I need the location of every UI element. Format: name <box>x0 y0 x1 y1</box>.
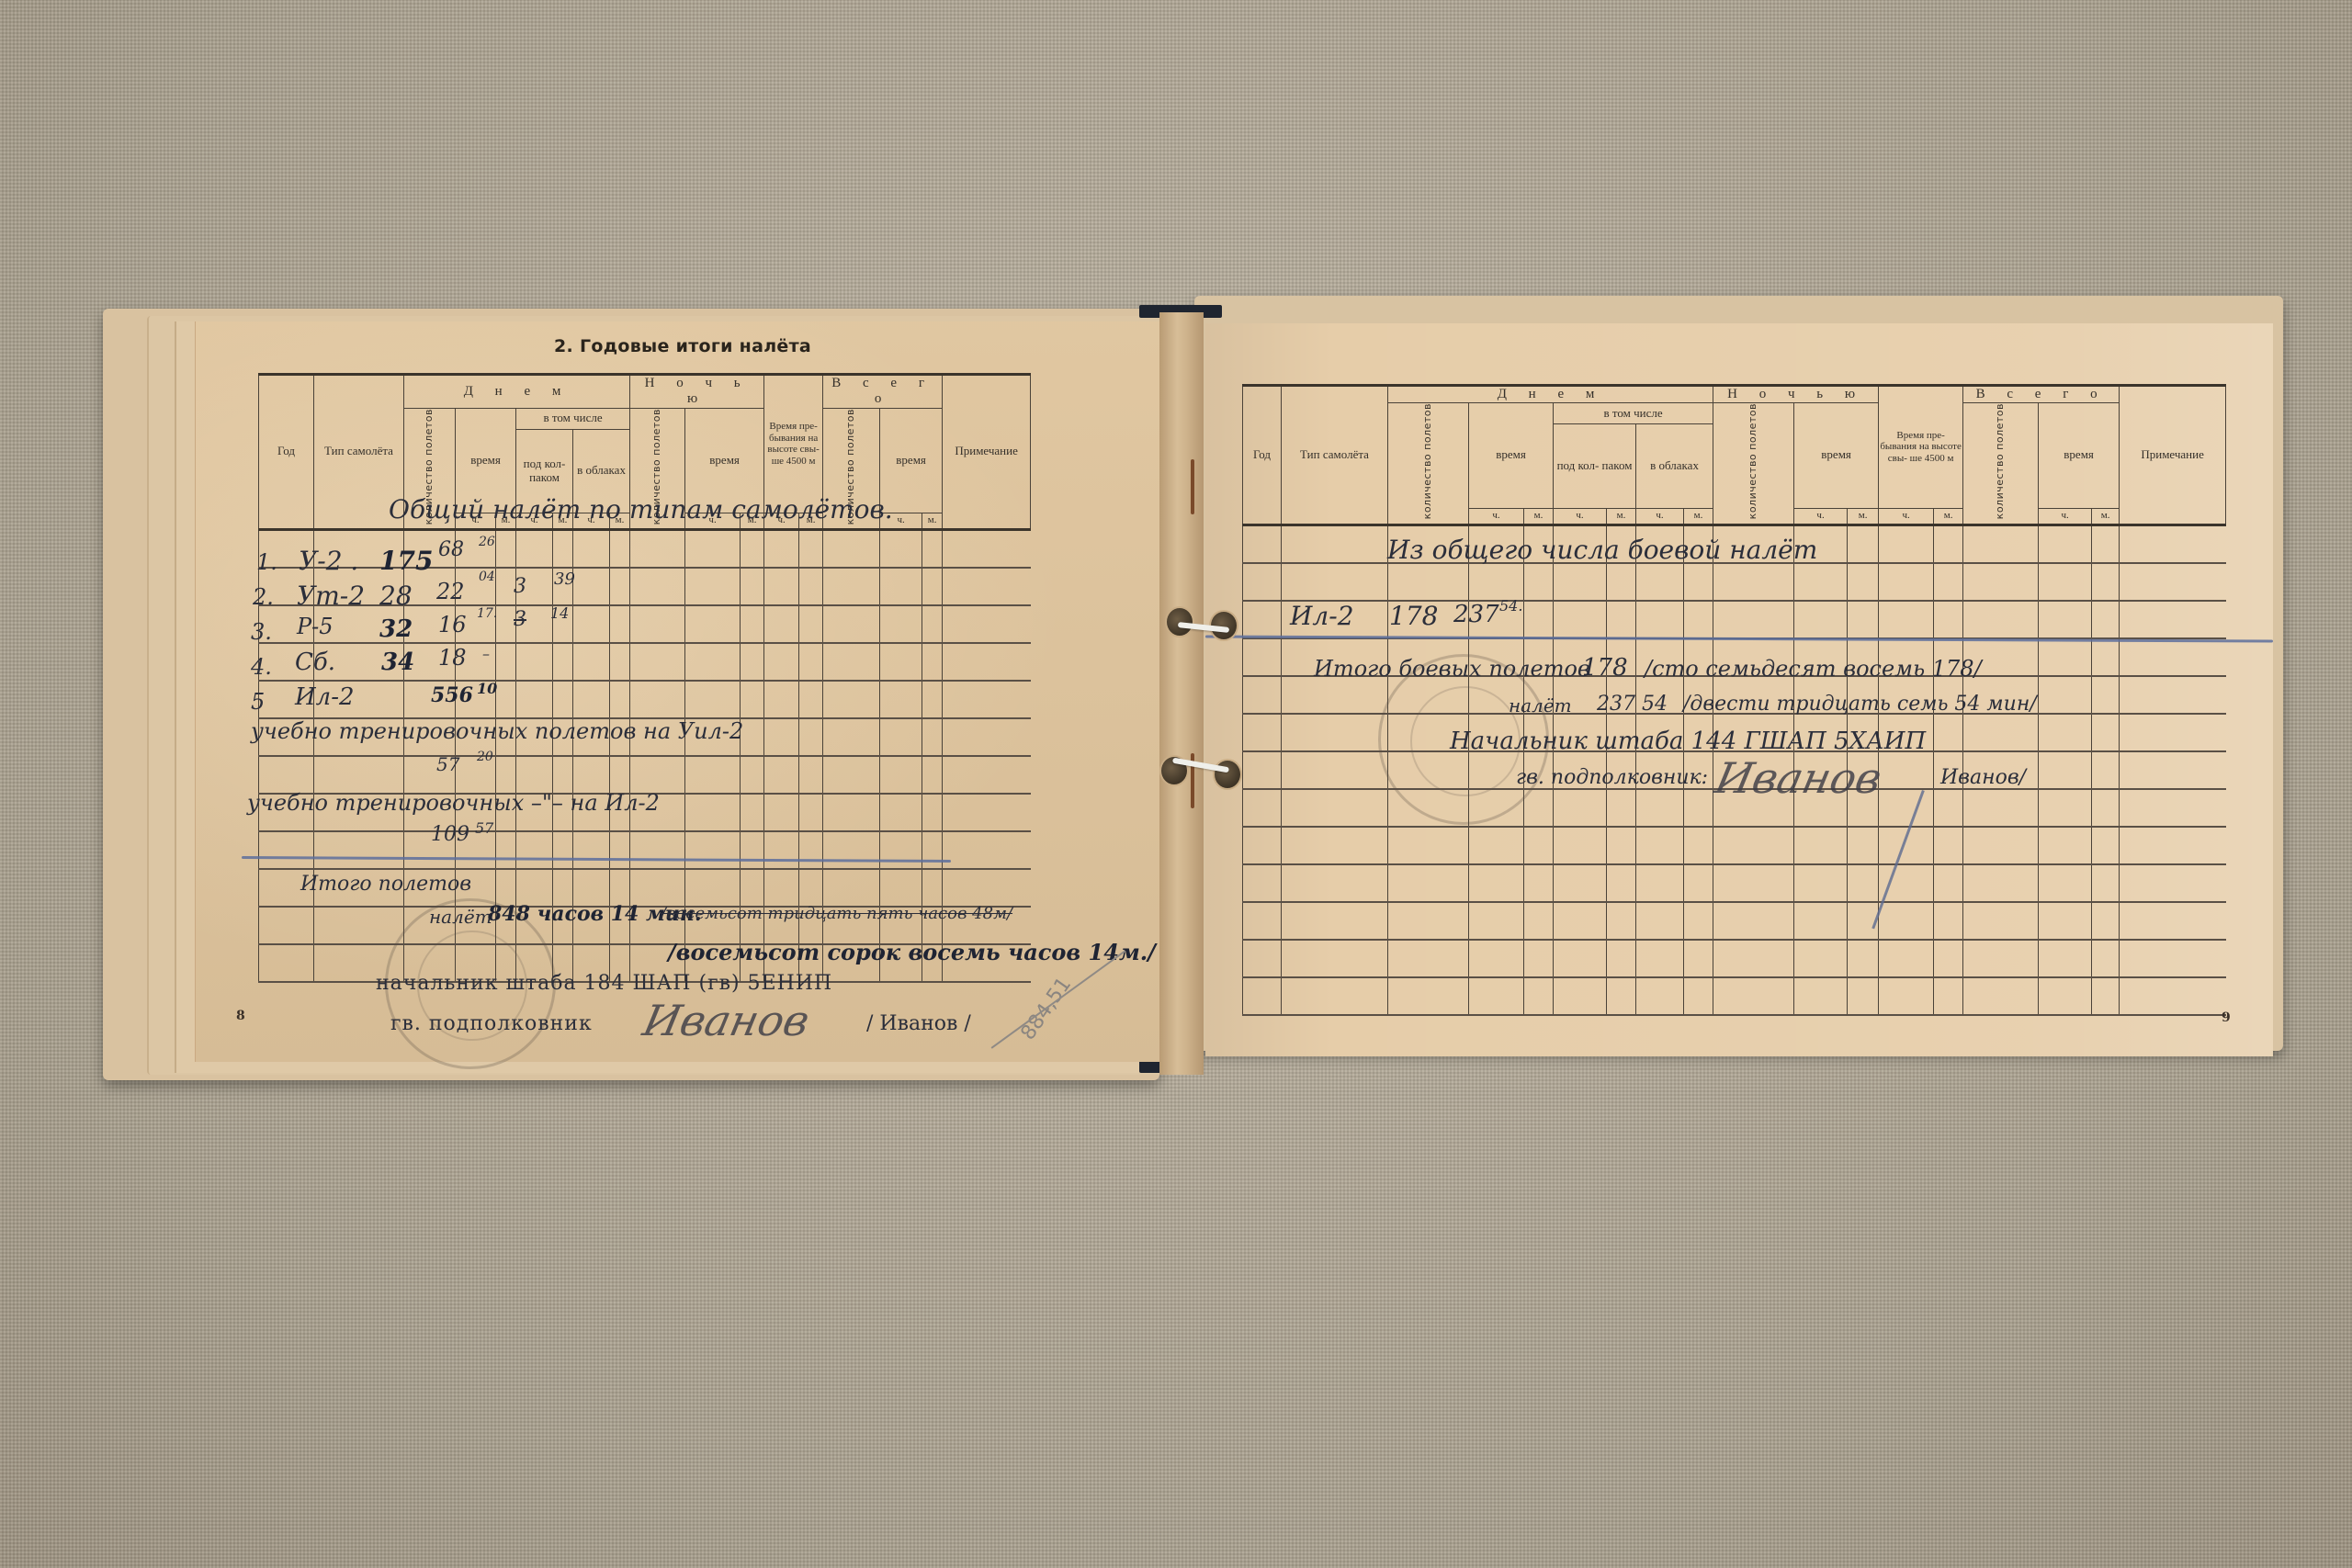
day-minutes: 17. <box>477 606 497 621</box>
signature-name: / Иванов / <box>866 1012 971 1035</box>
page-title: 2. Годовые итоги налёта <box>554 336 811 356</box>
chief-of-staff-line: начальник штаба 184 ШАП (гв) 5ЕНИП <box>376 972 832 995</box>
flight-time-words: /восемьсот сорок восемь часов 14м./ <box>668 939 1156 965</box>
aircraft-type: Ут-2 <box>297 581 365 611</box>
unit-hours: ч. <box>1794 508 1848 525</box>
unit-minutes: м. <box>1684 508 1713 525</box>
spine-gutter <box>1159 312 1204 1075</box>
row-number: 3. <box>251 619 272 645</box>
col-group-night: Н о ч ь ю <box>1713 386 1879 403</box>
col-total-time: время <box>2039 403 2120 508</box>
pencil-sum-note: 884,51 <box>1017 974 1077 1044</box>
aircraft-type: У-2 . <box>299 546 358 576</box>
handwritten-total-label: Итого полетов <box>300 873 471 896</box>
left-page: 2. Годовые итоги налёта Год Тип самолёта… <box>195 321 1170 1062</box>
day-minutes: 26 <box>479 535 495 549</box>
combat-flights-value: 178 <box>1582 654 1628 682</box>
flight-count: 34 <box>381 649 414 676</box>
unit-minutes: м. <box>2092 508 2120 525</box>
training-il2-hours: 109 <box>431 823 469 846</box>
col-altitude-time: Время пре- бывания на высоте свы- ше 450… <box>764 375 823 513</box>
row-number: 2. <box>253 584 274 610</box>
col-altitude-time: Время пре- бывания на высоте свы- ше 450… <box>1879 386 1963 509</box>
combat-flight-time-value: 237 54 <box>1597 693 1668 716</box>
unit-hours: ч. <box>1469 508 1524 525</box>
handwritten-section-heading: Общий налёт по типам самолётов. <box>389 494 893 525</box>
handwritten-section-heading: Из общего числа боевой налёт <box>1387 535 1817 565</box>
combat-flight-time-label: налёт <box>1509 694 1572 716</box>
aircraft-type: Сб. <box>295 649 335 676</box>
unit-minutes: м. <box>1607 508 1636 525</box>
unit-minutes: м. <box>922 513 943 529</box>
day-hours: 68 <box>438 538 464 561</box>
col-group-night: Н о ч ь ю <box>630 375 764 409</box>
unit-hours: ч. <box>1636 508 1684 525</box>
col-group-total: В с е г о <box>1963 386 2120 403</box>
unit-minutes: м. <box>1934 508 1963 525</box>
handwritten-training-il2: учебно тренировочных –"– на Ил-2 <box>247 790 660 816</box>
hood-hours: 3 <box>514 575 526 598</box>
col-day-count: количество полетов <box>1422 403 1434 519</box>
rank-label: гв. подполковник: <box>1516 766 1708 789</box>
col-night-time: время <box>1794 403 1879 508</box>
flight-time-label: налёт <box>429 906 492 928</box>
training-uil2-minutes: 20 <box>477 750 493 764</box>
combat-flights-words: /сто семьдесят восемь 178/ <box>1645 656 1982 682</box>
page-number: 9 <box>2222 1010 2231 1025</box>
training-il2-minutes: 57 <box>475 819 493 837</box>
day-minutes: 10 <box>477 680 497 697</box>
unit-minutes: м. <box>1524 508 1554 525</box>
col-remarks: Примечание <box>2120 386 2226 525</box>
page-number: 8 <box>236 1009 245 1023</box>
unit-hours: ч. <box>1879 508 1934 525</box>
day-hours: 22 <box>436 579 465 604</box>
col-night-count: количество полетов <box>1747 403 1759 519</box>
col-day-time: время <box>1469 403 1554 508</box>
signature: Иванов <box>1711 753 1886 803</box>
combat-flights-label: Итого боевых полетов <box>1314 656 1590 682</box>
right-page: Год Тип самолёта Д н е м Н о ч ь ю Время… <box>1205 323 2273 1056</box>
training-uil2-hours: 57 <box>436 753 459 775</box>
day-hours: 556 <box>431 683 473 707</box>
unit-hours: ч. <box>2039 508 2092 525</box>
day-minutes: 04 <box>479 570 495 584</box>
handwritten-training-uil2: учебно тренировочных полетов на Уил-2 <box>251 718 743 744</box>
flight-count: 175 <box>379 546 433 576</box>
rank-label: гв. подполковник <box>390 1012 593 1035</box>
col-under-hood: под кол- паком <box>1554 424 1636 508</box>
chief-of-staff-line: Начальник штаба 144 ГШАП 5ХАИП <box>1450 728 1926 755</box>
col-aircraft-type: Тип самолёта <box>1282 386 1388 525</box>
binding-hole <box>1213 759 1242 790</box>
col-group-day: Д н е м <box>1388 386 1713 403</box>
day-hours: 18 <box>438 645 467 671</box>
combat-row-minutes: 54. <box>1499 597 1522 615</box>
col-remarks: Примечание <box>943 375 1031 530</box>
aircraft-type: Ил-2 <box>295 683 355 711</box>
combat-flight-time-words: /двести тридцать семь 54 мин/ <box>1683 693 2037 716</box>
row-number: 1. <box>256 549 277 575</box>
signature-name: Иванов/ <box>1940 766 2026 789</box>
combat-row-aircraft: Ил-2 <box>1290 601 1354 631</box>
row-number: 5 <box>251 689 265 715</box>
col-day-including: в том числе <box>516 408 630 429</box>
aircraft-type: Р-5 <box>297 614 334 639</box>
col-day-including: в том числе <box>1554 403 1713 424</box>
flight-count: 28 <box>379 581 413 611</box>
signature: Иванов <box>639 996 814 1045</box>
row-number: 4. <box>251 654 272 680</box>
day-minutes: – <box>482 645 490 662</box>
col-year: Год <box>1243 386 1282 525</box>
day-hours: 16 <box>438 612 467 637</box>
hood-minutes: 14 <box>550 604 569 622</box>
col-group-total: В с е г о <box>823 375 943 409</box>
open-logbook: 2. Годовые итоги налёта Год Тип самолёта… <box>0 0 2352 1568</box>
flight-time-words-struck: /восемьсот тридцать пять часов 48м/ <box>661 904 1012 923</box>
unit-hours: ч. <box>1554 508 1607 525</box>
col-year: Год <box>259 375 314 530</box>
col-in-clouds: в облаках <box>1636 424 1713 508</box>
hood-minutes: 39 <box>554 570 575 589</box>
combat-row-hours: 237 <box>1453 601 1499 628</box>
col-total-count: количество полетов <box>1995 403 2007 519</box>
col-group-day: Д н е м <box>404 375 630 409</box>
flight-count: 32 <box>379 615 413 643</box>
hood-hours: 3 <box>514 608 526 631</box>
combat-row-count: 178 <box>1389 601 1438 631</box>
unit-minutes: м. <box>1848 508 1879 525</box>
staple-rust-mark <box>1191 459 1194 514</box>
